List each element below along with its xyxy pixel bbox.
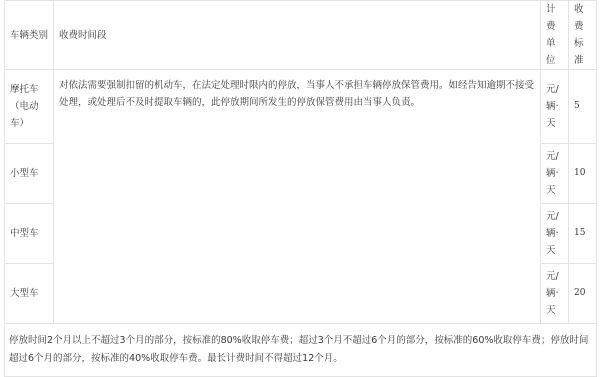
vehicle-type-cell: 摩托车（电动车） — [5, 70, 54, 144]
standard-cell: 5 — [569, 70, 597, 144]
unit-cell: 元/辆·天 — [541, 204, 569, 264]
unit-cell: 元/辆·天 — [541, 70, 569, 144]
footer-note: 停放时间2个月以上不超过3个月的部分，按标准的80%收取停车费；超过3个月不超过… — [9, 332, 592, 358]
vehicle-type-cell: 中型车 — [5, 204, 54, 264]
unit-text: 元/辆·天 — [546, 148, 563, 199]
header-vehicle-type: 车辆类别 — [5, 1, 54, 70]
header-unit: 计费单位 — [541, 1, 569, 70]
parking-fee-table: 车辆类别 收费时间段 计费单位 收费标准 摩托车（电动车） 对依法需要强制扣留的… — [4, 0, 597, 358]
unit-text: 元/辆·天 — [546, 268, 563, 319]
header-unit-text: 计费单位 — [546, 1, 563, 69]
charge-period-description: 对依法需要强制扣留的机动车，在法定处理时限内的停放，当事人不承担车辆停放保管费用… — [54, 70, 541, 324]
header-standard-text: 收费标准 — [574, 1, 591, 69]
standard-cell: 10 — [569, 144, 597, 204]
vehicle-type-cell: 大型车 — [5, 264, 54, 324]
header-standard: 收费标准 — [569, 1, 597, 70]
standard-cell: 20 — [569, 264, 597, 324]
footer-note-cell: 停放时间2个月以上不超过3个月的部分，按标准的80%收取停车费；超过3个月不超过… — [5, 324, 597, 359]
header-charge-period: 收费时间段 — [54, 1, 541, 70]
fee-table-container: 车辆类别 收费时间段 计费单位 收费标准 摩托车（电动车） 对依法需要强制扣留的… — [4, 0, 596, 358]
unit-text: 元/辆·天 — [546, 81, 563, 132]
vehicle-type-cell: 小型车 — [5, 144, 54, 204]
unit-text: 元/辆·天 — [546, 208, 563, 259]
unit-cell: 元/辆·天 — [541, 264, 569, 324]
standard-cell: 15 — [569, 204, 597, 264]
table-row: 摩托车（电动车） 对依法需要强制扣留的机动车，在法定处理时限内的停放，当事人不承… — [5, 70, 597, 144]
unit-cell: 元/辆·天 — [541, 144, 569, 204]
table-header-row: 车辆类别 收费时间段 计费单位 收费标准 — [5, 1, 597, 70]
table-footer-row: 停放时间2个月以上不超过3个月的部分，按标准的80%收取停车费；超过3个月不超过… — [5, 324, 597, 359]
